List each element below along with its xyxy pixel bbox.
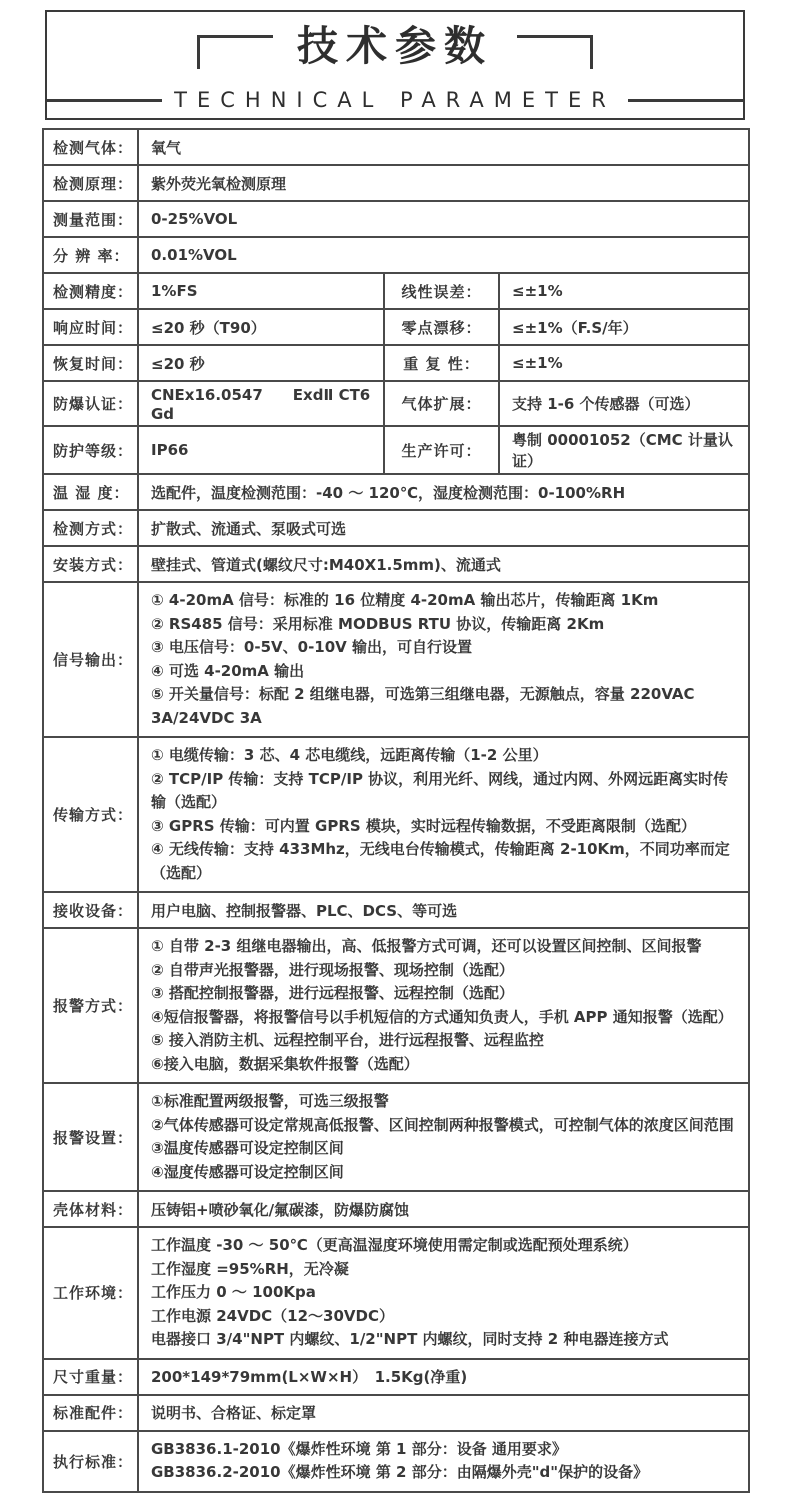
table-row: 防爆认证：CNEx16.0547 ExdⅡ CT6 Gd气体扩展：支持 1-6 … bbox=[43, 381, 749, 426]
row-value: 氧气 bbox=[138, 129, 749, 165]
row-label: 检测原理： bbox=[43, 165, 138, 201]
row-value-line: ③ GPRS 传输：可内置 GPRS 模块，实时远程传输数据，不受距离限制（选配… bbox=[151, 815, 740, 839]
row-value-line: 工作压力 0 ～ 100Kpa bbox=[151, 1281, 740, 1305]
row-value-line: GB3836.2-2010《爆炸性环境 第 2 部分：由隔爆外壳"d"保护的设备… bbox=[151, 1461, 740, 1485]
row-value: 压铸铝+喷砂氧化/氟碳漆，防爆防腐蚀 bbox=[138, 1191, 749, 1227]
row-value-line: ③ 搭配控制报警器，进行远程报警、远程控制（选配） bbox=[151, 982, 740, 1006]
row-value-line: ④短信报警器，将报警信号以手机短信的方式通知负责人，手机 APP 通知报警（选配… bbox=[151, 1006, 740, 1030]
row-value-line: 工作电源 24VDC（12～30VDC） bbox=[151, 1305, 740, 1329]
row-value-2: 粤制 00001052（CMC 计量认证） bbox=[499, 426, 749, 474]
row-label: 温 湿 度： bbox=[43, 474, 138, 510]
table-row: 防护等级：IP66生产许可：粤制 00001052（CMC 计量认证） bbox=[43, 426, 749, 474]
header-banner: 技术参数 TECHNICAL PARAMETER bbox=[45, 10, 745, 120]
row-value: 说明书、合格证、标定罩 bbox=[138, 1395, 749, 1431]
row-value-line: 工作湿度 =95%RH，无冷凝 bbox=[151, 1258, 740, 1282]
row-value: CNEx16.0547 ExdⅡ CT6 Gd bbox=[138, 381, 384, 426]
row-value-2: ≤±1% bbox=[499, 273, 749, 309]
row-value: 扩散式、流通式、泵吸式可选 bbox=[138, 510, 749, 546]
table-row: 报警设置：①标准配置两级报警，可选三级报警②气体传感器可设定常规高低报警、区间控… bbox=[43, 1083, 749, 1191]
row-label: 执行标准： bbox=[43, 1431, 138, 1492]
row-value-line: 工作温度 -30 ～ 50℃（更高温湿度环境使用需定制或选配预处理系统） bbox=[151, 1234, 740, 1258]
row-label-2: 生产许可： bbox=[384, 426, 499, 474]
row-value-line: ③ 电压信号：0-5V、0-10V 输出，可自行设置 bbox=[151, 636, 740, 660]
row-label-2: 气体扩展： bbox=[384, 381, 499, 426]
row-value: 工作温度 -30 ～ 50℃（更高温湿度环境使用需定制或选配预处理系统）工作湿度… bbox=[138, 1227, 749, 1359]
table-row: 传输方式：① 电缆传输：3 芯、4 芯电缆线，远距离传输（1-2 公里）② TC… bbox=[43, 737, 749, 892]
table-row: 温 湿 度：选配件，温度检测范围：-40 ～ 120℃，湿度检测范围：0-100… bbox=[43, 474, 749, 510]
page: 技术参数 TECHNICAL PARAMETER 检测气体：氧气检测原理：紫外荧… bbox=[0, 10, 790, 1493]
row-label: 信号输出： bbox=[43, 582, 138, 737]
row-value: ①标准配置两级报警，可选三级报警②气体传感器可设定常规高低报警、区间控制两种报警… bbox=[138, 1083, 749, 1191]
row-value-line: ② RS485 信号：采用标准 MODBUS RTU 协议，传输距离 2Km bbox=[151, 613, 740, 637]
row-value-line: ①标准配置两级报警，可选三级报警 bbox=[151, 1090, 740, 1114]
row-label: 工作环境： bbox=[43, 1227, 138, 1359]
corner-bracket-left-icon bbox=[197, 35, 273, 69]
row-value: ≤20 秒（T90） bbox=[138, 309, 384, 345]
row-value: ① 4-20mA 信号：标准的 16 位精度 4-20mA 输出芯片，传输距离 … bbox=[138, 582, 749, 737]
row-label: 报警设置： bbox=[43, 1083, 138, 1191]
page-title: 技术参数 bbox=[297, 26, 493, 67]
subtitle-rule-right bbox=[628, 99, 743, 102]
spec-table: 检测气体：氧气检测原理：紫外荧光氧检测原理测量范围：0-25%VOL分 辨 率：… bbox=[42, 128, 750, 1493]
row-label: 测量范围： bbox=[43, 201, 138, 237]
row-value: 0-25%VOL bbox=[138, 201, 749, 237]
corner-bracket-right-icon bbox=[517, 35, 593, 69]
row-value-line: ⑥接入电脑，数据采集软件报警（选配） bbox=[151, 1053, 740, 1077]
row-value: 0.01%VOL bbox=[138, 237, 749, 273]
row-label: 标准配件： bbox=[43, 1395, 138, 1431]
row-value: GB3836.1-2010《爆炸性环境 第 1 部分：设备 通用要求》GB383… bbox=[138, 1431, 749, 1492]
row-label: 检测精度： bbox=[43, 273, 138, 309]
subtitle-row: TECHNICAL PARAMETER bbox=[47, 88, 743, 112]
row-label: 分 辨 率： bbox=[43, 237, 138, 273]
table-row: 检测方式：扩散式、流通式、泵吸式可选 bbox=[43, 510, 749, 546]
table-row: 信号输出：① 4-20mA 信号：标准的 16 位精度 4-20mA 输出芯片，… bbox=[43, 582, 749, 737]
title-row: 技术参数 bbox=[197, 26, 593, 80]
row-label-2: 重 复 性： bbox=[384, 345, 499, 381]
row-label: 安装方式： bbox=[43, 546, 138, 582]
row-value-line: ① 电缆传输：3 芯、4 芯电缆线，远距离传输（1-2 公里） bbox=[151, 744, 740, 768]
table-row: 接收设备：用户电脑、控制报警器、PLC、DCS、等可选 bbox=[43, 892, 749, 928]
row-value-line: ③温度传感器可设定控制区间 bbox=[151, 1137, 740, 1161]
row-value-line: ① 自带 2-3 组继电器输出，高、低报警方式可调，还可以设置区间控制、区间报警 bbox=[151, 935, 740, 959]
row-value-line: ⑤ 接入消防主机、远程控制平台，进行远程报警、远程监控 bbox=[151, 1029, 740, 1053]
row-value-line: ① 4-20mA 信号：标准的 16 位精度 4-20mA 输出芯片，传输距离 … bbox=[151, 589, 740, 613]
row-label: 接收设备： bbox=[43, 892, 138, 928]
row-label: 防护等级： bbox=[43, 426, 138, 474]
table-row: 响应时间：≤20 秒（T90）零点漂移：≤±1%（F.S/年） bbox=[43, 309, 749, 345]
row-value: 1%FS bbox=[138, 273, 384, 309]
table-row: 报警方式：① 自带 2-3 组继电器输出，高、低报警方式可调，还可以设置区间控制… bbox=[43, 928, 749, 1083]
row-value-line: ④ 无线传输：支持 433Mhz，无线电台传输模式，传输距离 2-10Km，不同… bbox=[151, 838, 740, 885]
row-value-line: ④湿度传感器可设定控制区间 bbox=[151, 1161, 740, 1185]
row-value-line: GB3836.1-2010《爆炸性环境 第 1 部分：设备 通用要求》 bbox=[151, 1438, 740, 1462]
table-row: 分 辨 率：0.01%VOL bbox=[43, 237, 749, 273]
table-row: 标准配件：说明书、合格证、标定罩 bbox=[43, 1395, 749, 1431]
row-value: 紫外荧光氧检测原理 bbox=[138, 165, 749, 201]
table-row: 恢复时间：≤20 秒重 复 性：≤±1% bbox=[43, 345, 749, 381]
row-value-line: ② 自带声光报警器，进行现场报警、现场控制（选配） bbox=[151, 959, 740, 983]
row-value-line: 电器接口 3/4"NPT 内螺纹、1/2"NPT 内螺纹，同时支持 2 种电器连… bbox=[151, 1328, 740, 1352]
row-value: 壁挂式、管道式(螺纹尺寸:M40X1.5mm)、流通式 bbox=[138, 546, 749, 582]
row-label: 防爆认证： bbox=[43, 381, 138, 426]
table-row: 尺寸重量：200*149*79mm(L×W×H） 1.5Kg(净重) bbox=[43, 1359, 749, 1395]
row-value-line: ②气体传感器可设定常规高低报警、区间控制两种报警模式，可控制气体的浓度区间范围 bbox=[151, 1114, 740, 1138]
subtitle-rule-left bbox=[47, 99, 162, 102]
row-label: 检测气体： bbox=[43, 129, 138, 165]
row-label-2: 零点漂移： bbox=[384, 309, 499, 345]
row-value-2: ≤±1% bbox=[499, 345, 749, 381]
row-label: 报警方式： bbox=[43, 928, 138, 1083]
spec-table-body: 检测气体：氧气检测原理：紫外荧光氧检测原理测量范围：0-25%VOL分 辨 率：… bbox=[43, 129, 749, 1492]
row-value: 用户电脑、控制报警器、PLC、DCS、等可选 bbox=[138, 892, 749, 928]
row-value: IP66 bbox=[138, 426, 384, 474]
row-value-2: 支持 1-6 个传感器（可选） bbox=[499, 381, 749, 426]
row-label: 壳体材料： bbox=[43, 1191, 138, 1227]
row-value-line: ② TCP/IP 传输：支持 TCP/IP 协议，利用光纤、网线，通过内网、外网… bbox=[151, 768, 740, 815]
table-row: 检测气体：氧气 bbox=[43, 129, 749, 165]
page-subtitle: TECHNICAL PARAMETER bbox=[162, 88, 628, 112]
row-label: 传输方式： bbox=[43, 737, 138, 892]
table-row: 检测原理：紫外荧光氧检测原理 bbox=[43, 165, 749, 201]
row-label-2: 线性误差： bbox=[384, 273, 499, 309]
row-label: 尺寸重量： bbox=[43, 1359, 138, 1395]
table-row: 执行标准：GB3836.1-2010《爆炸性环境 第 1 部分：设备 通用要求》… bbox=[43, 1431, 749, 1492]
row-label: 恢复时间： bbox=[43, 345, 138, 381]
table-row: 测量范围：0-25%VOL bbox=[43, 201, 749, 237]
row-value: 选配件，温度检测范围：-40 ～ 120℃，湿度检测范围：0-100%RH bbox=[138, 474, 749, 510]
row-label: 响应时间： bbox=[43, 309, 138, 345]
row-value: ① 自带 2-3 组继电器输出，高、低报警方式可调，还可以设置区间控制、区间报警… bbox=[138, 928, 749, 1083]
row-value: 200*149*79mm(L×W×H） 1.5Kg(净重) bbox=[138, 1359, 749, 1395]
row-label: 检测方式： bbox=[43, 510, 138, 546]
table-row: 安装方式：壁挂式、管道式(螺纹尺寸:M40X1.5mm)、流通式 bbox=[43, 546, 749, 582]
row-value: ① 电缆传输：3 芯、4 芯电缆线，远距离传输（1-2 公里）② TCP/IP … bbox=[138, 737, 749, 892]
table-row: 工作环境：工作温度 -30 ～ 50℃（更高温湿度环境使用需定制或选配预处理系统… bbox=[43, 1227, 749, 1359]
row-value: ≤20 秒 bbox=[138, 345, 384, 381]
table-row: 壳体材料：压铸铝+喷砂氧化/氟碳漆，防爆防腐蚀 bbox=[43, 1191, 749, 1227]
table-row: 检测精度：1%FS线性误差：≤±1% bbox=[43, 273, 749, 309]
row-value-2: ≤±1%（F.S/年） bbox=[499, 309, 749, 345]
row-value-line: ⑤ 开关量信号：标配 2 组继电器，可选第三组继电器，无源触点，容量 220VA… bbox=[151, 683, 740, 730]
row-value-line: ④ 可选 4-20mA 输出 bbox=[151, 660, 740, 684]
